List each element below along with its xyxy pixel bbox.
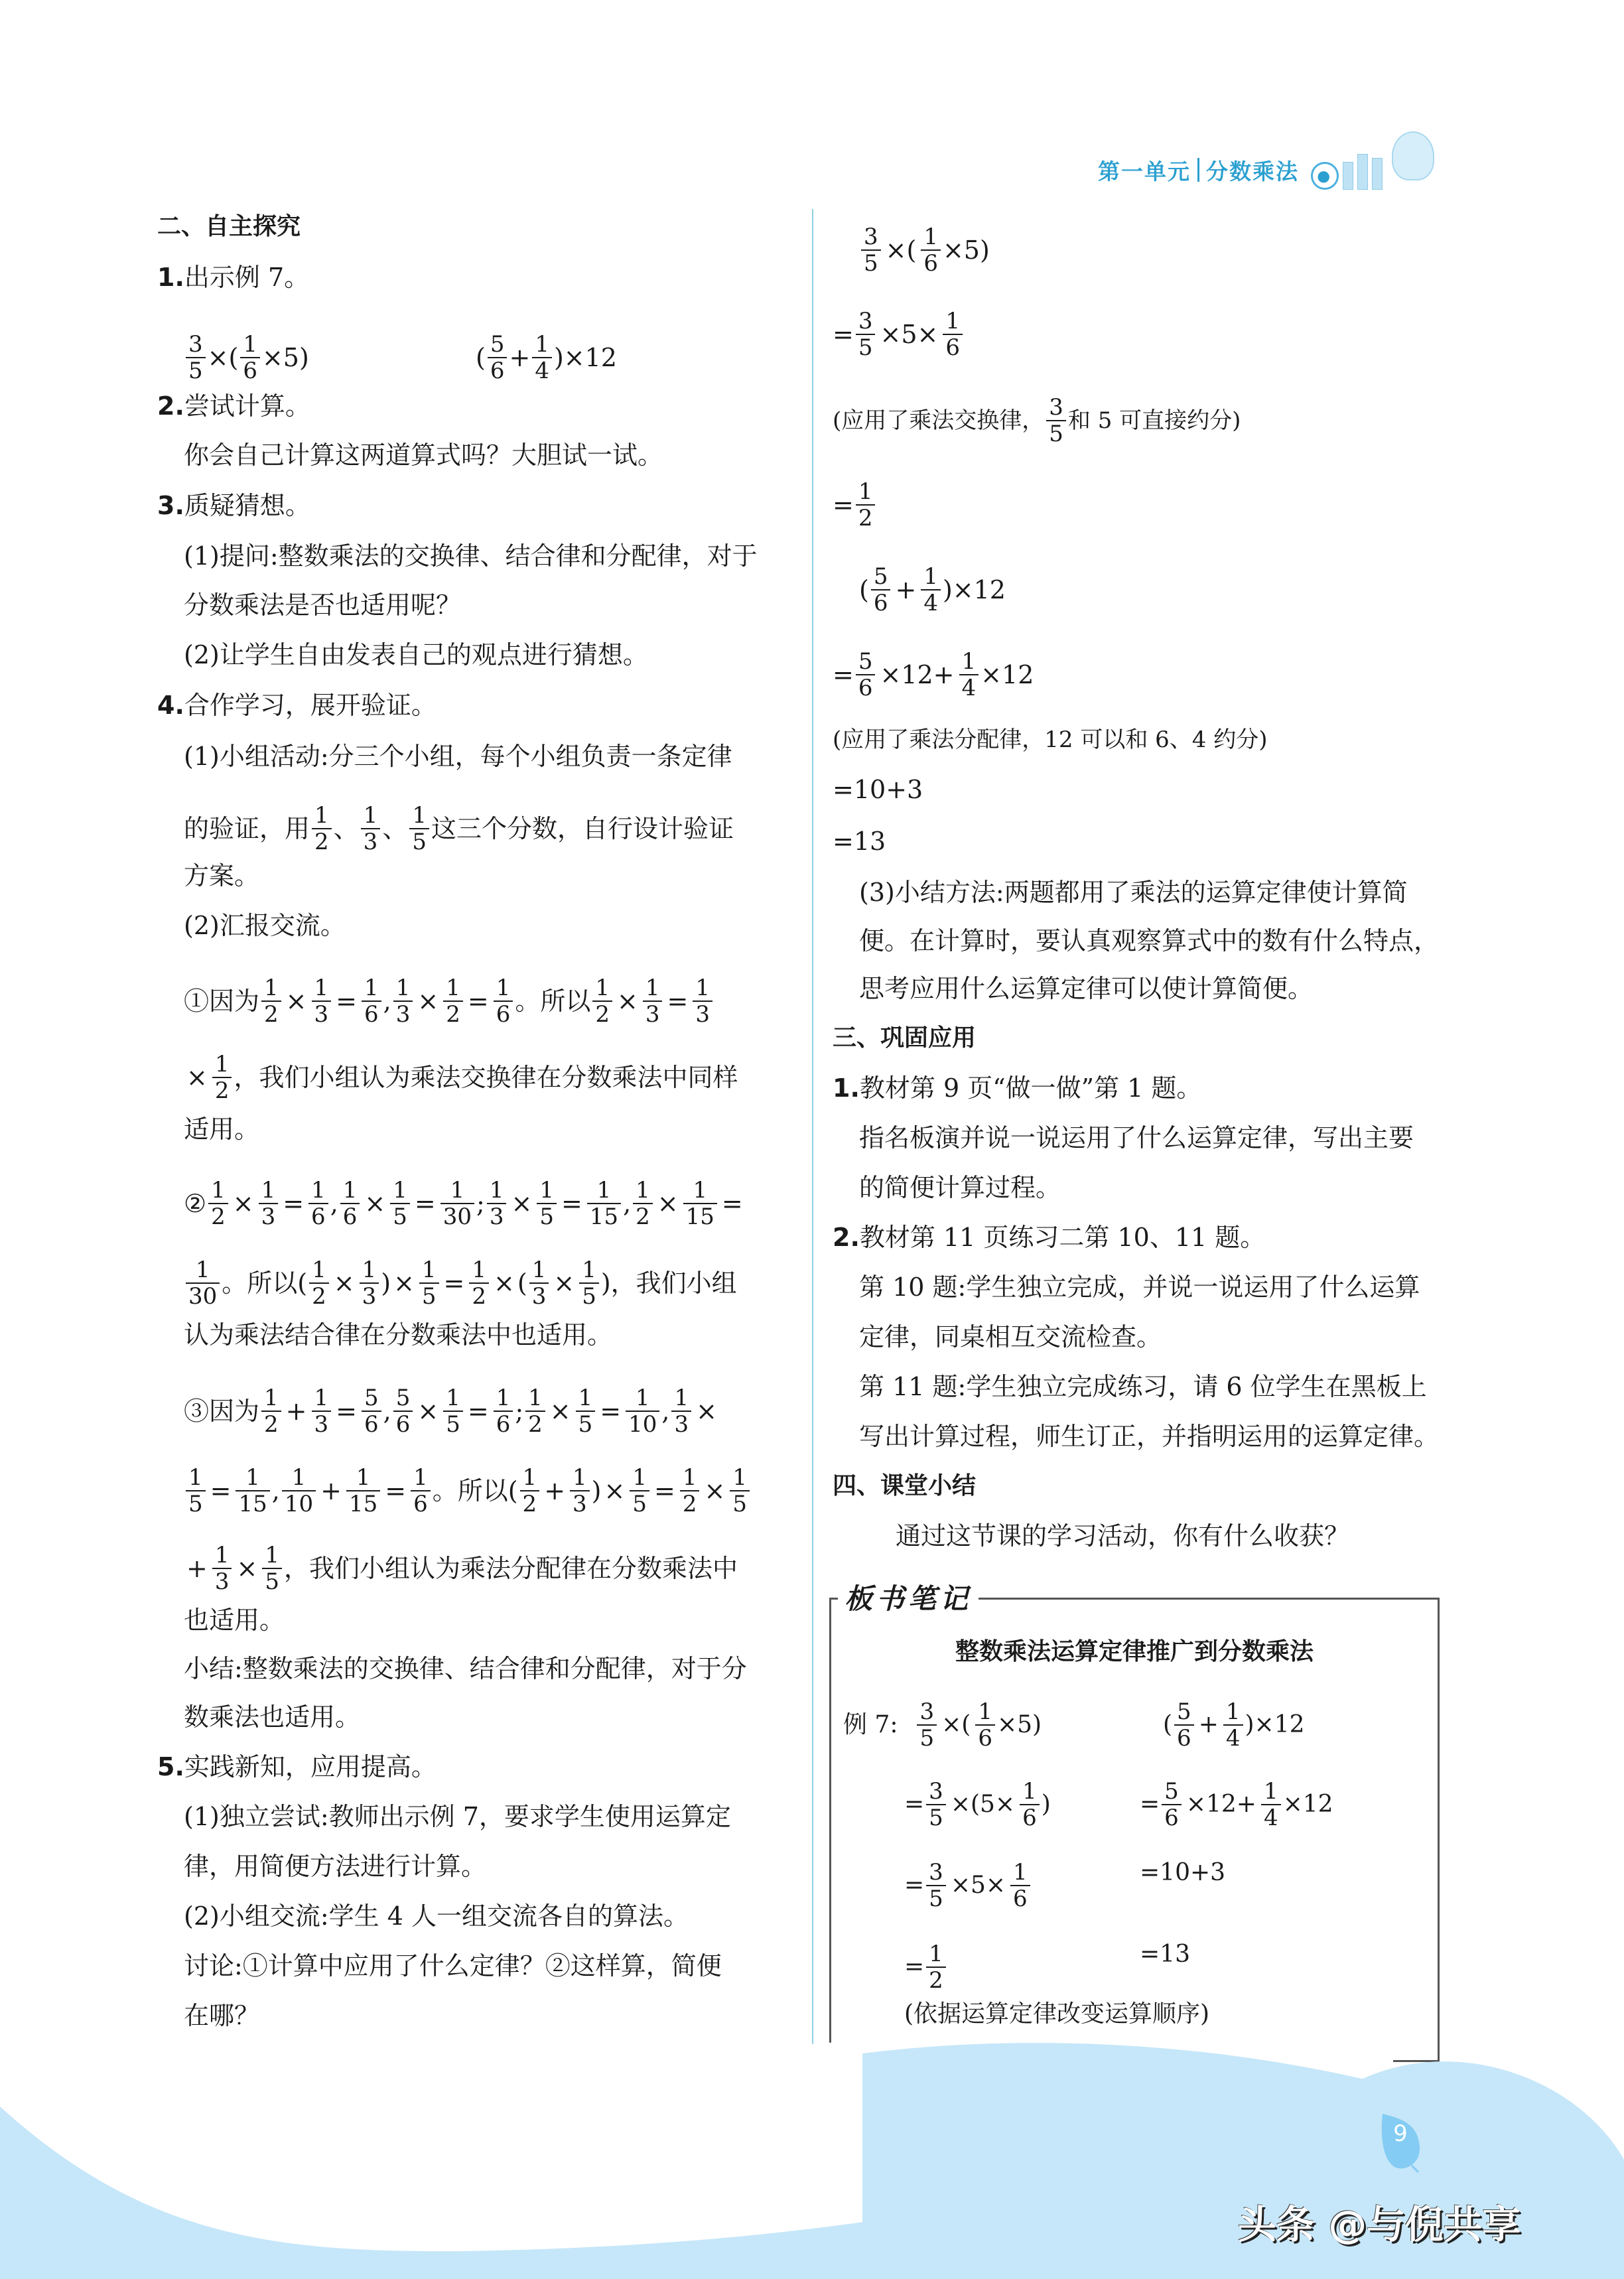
topic-label: 分数乘法 bbox=[1206, 155, 1299, 186]
step-5-discuss-cont: 在哪？ bbox=[184, 2002, 259, 2029]
report-associative: ② 12× 13= 16, 16× 15= 130; 13× 15= 115, … bbox=[184, 1178, 746, 1229]
book-icon bbox=[1357, 154, 1368, 190]
step-3-question-cont: 分数乘法是否也适用呢？ bbox=[184, 592, 461, 618]
task-1-desc-cont: 的简便计算过程。 bbox=[859, 1174, 1061, 1201]
soccer-ball-icon bbox=[1311, 162, 1339, 190]
step-3-question: (1)提问:整数乘法的交换律、结合律和分配律，对于 bbox=[184, 543, 758, 569]
section-heading-apply: 三、巩固应用 bbox=[833, 1025, 976, 1052]
task-2-q10-cont: 定律，同桌相互交流检查。 bbox=[859, 1324, 1162, 1350]
task-2-q11: 第 11 题:学生独立完成练习，请 6 位学生在黑板上 bbox=[859, 1373, 1427, 1400]
book-icon bbox=[1343, 162, 1353, 190]
step-5-try-cont: 律，用简便方法进行计算。 bbox=[184, 1853, 486, 1880]
step-4-activity-fractions: 的验证，用 12、 13、 15 这三个分数，自行设计验证 bbox=[184, 803, 734, 855]
calc-a-step-1: =35×5× 16 bbox=[833, 309, 965, 360]
header-decoration bbox=[1311, 150, 1434, 190]
page-header: 第一单元 分数乘法 bbox=[1098, 150, 1434, 190]
step-5-try: (1)独立尝试:教师出示例 7，要求学生使用运算定 bbox=[184, 1803, 731, 1830]
board-notes-box: 板书笔记 整数乘法运算定律推广到分数乘法 例 7: 35×( 16×5) (56… bbox=[829, 1598, 1440, 2062]
report-commutative-end: 适用。 bbox=[184, 1116, 259, 1142]
calc-b-note: (应用了乘法分配律，12 可以和 6、4 约分) bbox=[833, 726, 1267, 753]
summary-line-2: 数乘法也适用。 bbox=[184, 1704, 360, 1730]
report-commutative-cont: ×12 ，我们小组认为乘法交换律在分数乘法中同样 bbox=[184, 1052, 738, 1103]
calc-b-expression: (56+ 14)×12 bbox=[859, 564, 1006, 616]
step-4-activity: (1)小组活动:分三个小组，每个小组负责一条定律 bbox=[184, 743, 732, 770]
step-5: 5.实践新知，应用提高。 bbox=[157, 1754, 437, 1780]
task-2-q11-cont: 写出计算过程，师生订正，并指明运用的运算定律。 bbox=[859, 1423, 1439, 1450]
calc-b-step-2: =10+3 bbox=[833, 776, 923, 803]
report-distributive-end: 也适用。 bbox=[184, 1607, 285, 1633]
watermark: 头条 @与倪共享 bbox=[1238, 2193, 1521, 2249]
board-b-step-2: =10+3 bbox=[1140, 1860, 1225, 1886]
board-example-b: (56+ 14)×12 bbox=[1163, 1699, 1305, 1751]
calc-a-note: (应用了乘法交换律， 35 和 5 可直接约分) bbox=[833, 395, 1241, 447]
step-4-activity-cont: 方案。 bbox=[184, 863, 259, 889]
method-summary-1: (3)小结方法:两题都用了乘法的运算定律使计算简 bbox=[859, 879, 1408, 906]
method-summary-2: 便。在计算时，要认真观察算式中的数有什么特点， bbox=[859, 928, 1439, 954]
book-icon bbox=[1372, 158, 1383, 190]
calc-a-expression: 35×( 16×5) bbox=[859, 224, 990, 276]
step-2: 2.尝试计算。 bbox=[157, 393, 310, 419]
report-associative-cont: 130 。所以( 12× 13)× 15= 12×( 13× 15) ，我们小组 bbox=[184, 1257, 737, 1309]
example-expression-a: 35 ×( 16 ×5) bbox=[184, 332, 309, 383]
step-4-report: (2)汇报交流。 bbox=[184, 912, 346, 939]
task-2-q10: 第 10 题:学生独立完成，并说一说运用了什么运算 bbox=[859, 1274, 1420, 1300]
board-example-a: 例 7: 35×( 16×5) bbox=[843, 1699, 1042, 1751]
task-2: 2.教材第 11 页练习二第 10、11 题。 bbox=[833, 1224, 1265, 1251]
board-b-result: =13 bbox=[1140, 1941, 1190, 1968]
calc-b-result: =13 bbox=[833, 828, 886, 855]
header-separator bbox=[1197, 158, 1199, 182]
board-a-step-1: =35×(5× 16) bbox=[904, 1779, 1051, 1830]
report-commutative: ①因为 12× 13= 16, 13× 12= 16 。所以 12× 13= 1… bbox=[184, 975, 714, 1027]
mascot-icon bbox=[1392, 131, 1434, 180]
step-5-group: (2)小组交流:学生 4 人一组交流各自的算法。 bbox=[184, 1903, 689, 1929]
calc-a-result: =12 bbox=[833, 479, 877, 531]
step-1: 1. 出示例 7。 bbox=[157, 264, 309, 291]
report-associative-end: 认为乘法结合律在分数乘法中也适用。 bbox=[184, 1322, 612, 1348]
summary-question: 通过这节课的学习活动，你有什么收获？ bbox=[896, 1523, 1349, 1549]
board-a-result: =12 bbox=[904, 1941, 948, 1993]
page-number: 9 bbox=[1377, 2120, 1424, 2147]
calc-b-step-1: =56×12+ 14×12 bbox=[833, 649, 1034, 701]
report-distributive-cont2: +13× 15 ，我们小组认为乘法分配律在分数乘法中 bbox=[184, 1543, 738, 1594]
report-distributive: ③因为 12+ 13= 56, 56× 15= 16; 12× 15= 110,… bbox=[184, 1385, 720, 1437]
example-expression-b: ( 56 + 14 )×12 bbox=[476, 332, 617, 383]
step-4: 4.合作学习，展开验证。 bbox=[157, 692, 437, 719]
board-b-step-1: =56×12+ 14×12 bbox=[1140, 1779, 1333, 1830]
summary-line-1: 小结:整数乘法的交换律、结合律和分配律，对于分 bbox=[184, 1655, 747, 1682]
section-heading-summary: 四、课堂小结 bbox=[833, 1473, 976, 1499]
method-summary-3: 思考应用什么运算定律可以使计算简便。 bbox=[859, 975, 1313, 1002]
column-divider bbox=[812, 209, 813, 2067]
board-a-step-2: =35×5× 16 bbox=[904, 1860, 1032, 1911]
board-notes-label: 板书笔记 bbox=[838, 1577, 979, 1617]
step-3-guess: (2)让学生自由发表自己的观点进行猜想。 bbox=[184, 642, 648, 668]
task-1: 1.教材第 9 页“做一做”第 1 题。 bbox=[833, 1075, 1201, 1101]
unit-label: 第一单元 bbox=[1098, 155, 1191, 186]
step-2-body: 你会自己计算这两道算式吗？大胆试一试。 bbox=[184, 442, 663, 468]
step-3: 3.质疑猜想。 bbox=[157, 492, 310, 519]
step-5-discuss: 讨论:①计算中应用了什么定律？②这样算，简便 bbox=[184, 1953, 722, 1979]
board-note: (依据运算定律改变运算顺序) bbox=[904, 2001, 1209, 2028]
board-notes-title: 整数乘法运算定律推广到分数乘法 bbox=[831, 1633, 1438, 1667]
section-heading-explore: 二、自主探究 bbox=[157, 214, 301, 240]
report-distributive-cont: 15= 115, 110+ 115= 16 。所以( 12+ 13)× 15= … bbox=[184, 1465, 752, 1517]
task-1-desc: 指名板演并说一说运用了什么运算定律，写出主要 bbox=[859, 1125, 1414, 1151]
